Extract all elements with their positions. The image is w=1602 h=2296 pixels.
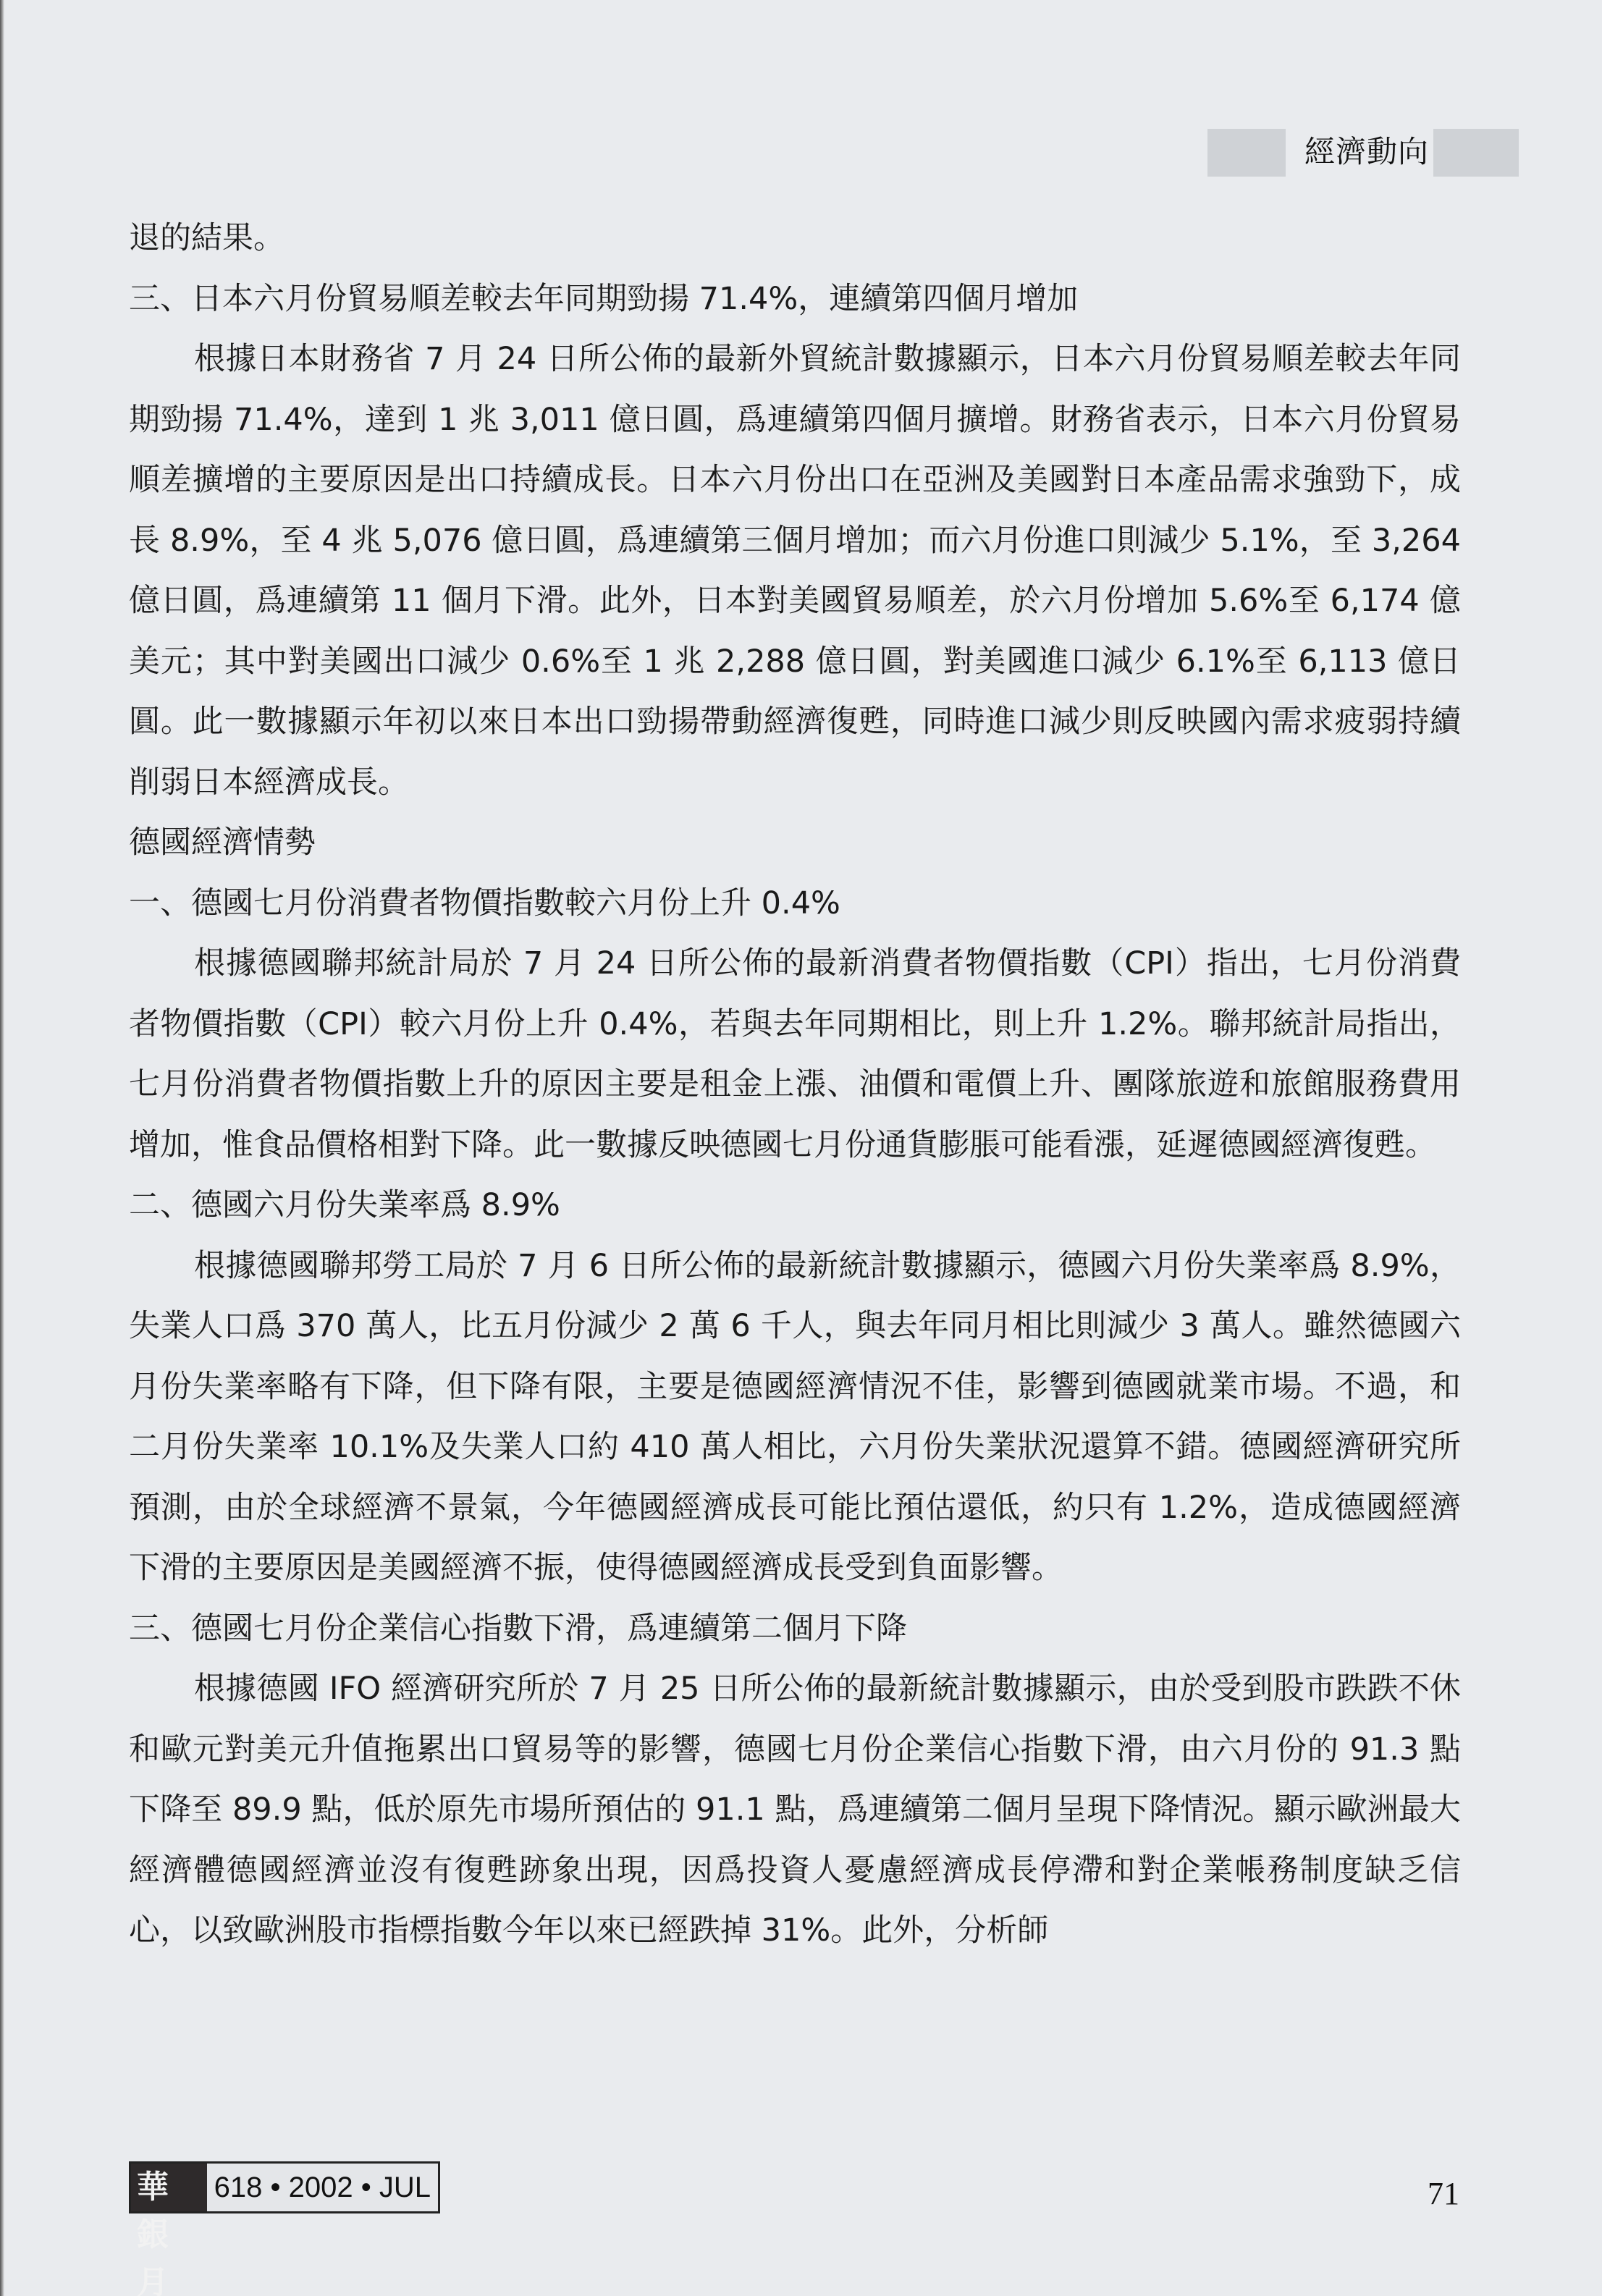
germany-section-title: 德國經濟情勢 (129, 813, 1461, 874)
section-tab-title: 經濟動向 (1304, 132, 1429, 172)
germany-cpi-heading: 一、德國七月份消費者物價指數較六月份上升 0.4% (129, 874, 1461, 934)
header-decor-block-right (1433, 129, 1519, 177)
germany-business-confidence-heading: 三、德國七月份企業信心指數下滑，爲連續第二個月下降 (129, 1599, 1461, 1660)
publication-name: 華銀月刊 (131, 2164, 207, 2211)
japan-trade-surplus-heading: 三、日本六月份貿易順差較去年同期勁揚 71.4%，連續第四個月增加 (129, 269, 1461, 330)
running-header: 經濟動向 (1207, 129, 1519, 177)
germany-business-confidence-paragraph: 根據德國 IFO 經濟研究所於 7 月 25 日所公佈的最新統計數據顯示，由於受… (129, 1659, 1461, 1962)
page-binding-edge (0, 0, 4, 2296)
germany-unemployment-heading: 二、德國六月份失業率爲 8.9% (129, 1176, 1461, 1236)
header-decor-block-left (1207, 129, 1286, 177)
continuation-text: 退的結果。 (129, 208, 1461, 269)
germany-cpi-paragraph: 根據德國聯邦統計局於 7 月 24 日所公佈的最新消費者物價指數（CPI）指出，… (129, 934, 1461, 1176)
japan-trade-surplus-paragraph: 根據日本財務省 7 月 24 日所公佈的最新外貿統計數據顯示，日本六月份貿易順差… (129, 329, 1461, 813)
article-body: 退的結果。 三、日本六月份貿易順差較去年同期勁揚 71.4%，連續第四個月增加 … (129, 208, 1461, 1962)
germany-unemployment-paragraph: 根據德國聯邦勞工局於 7 月 6 日所公佈的最新統計數據顯示，德國六月份失業率爲… (129, 1236, 1461, 1599)
publication-badge: 華銀月刊 618 • 2002 • JUL (129, 2161, 440, 2213)
issue-info: 618 • 2002 • JUL (207, 2164, 438, 2211)
page-number: 71 (1428, 2175, 1459, 2212)
